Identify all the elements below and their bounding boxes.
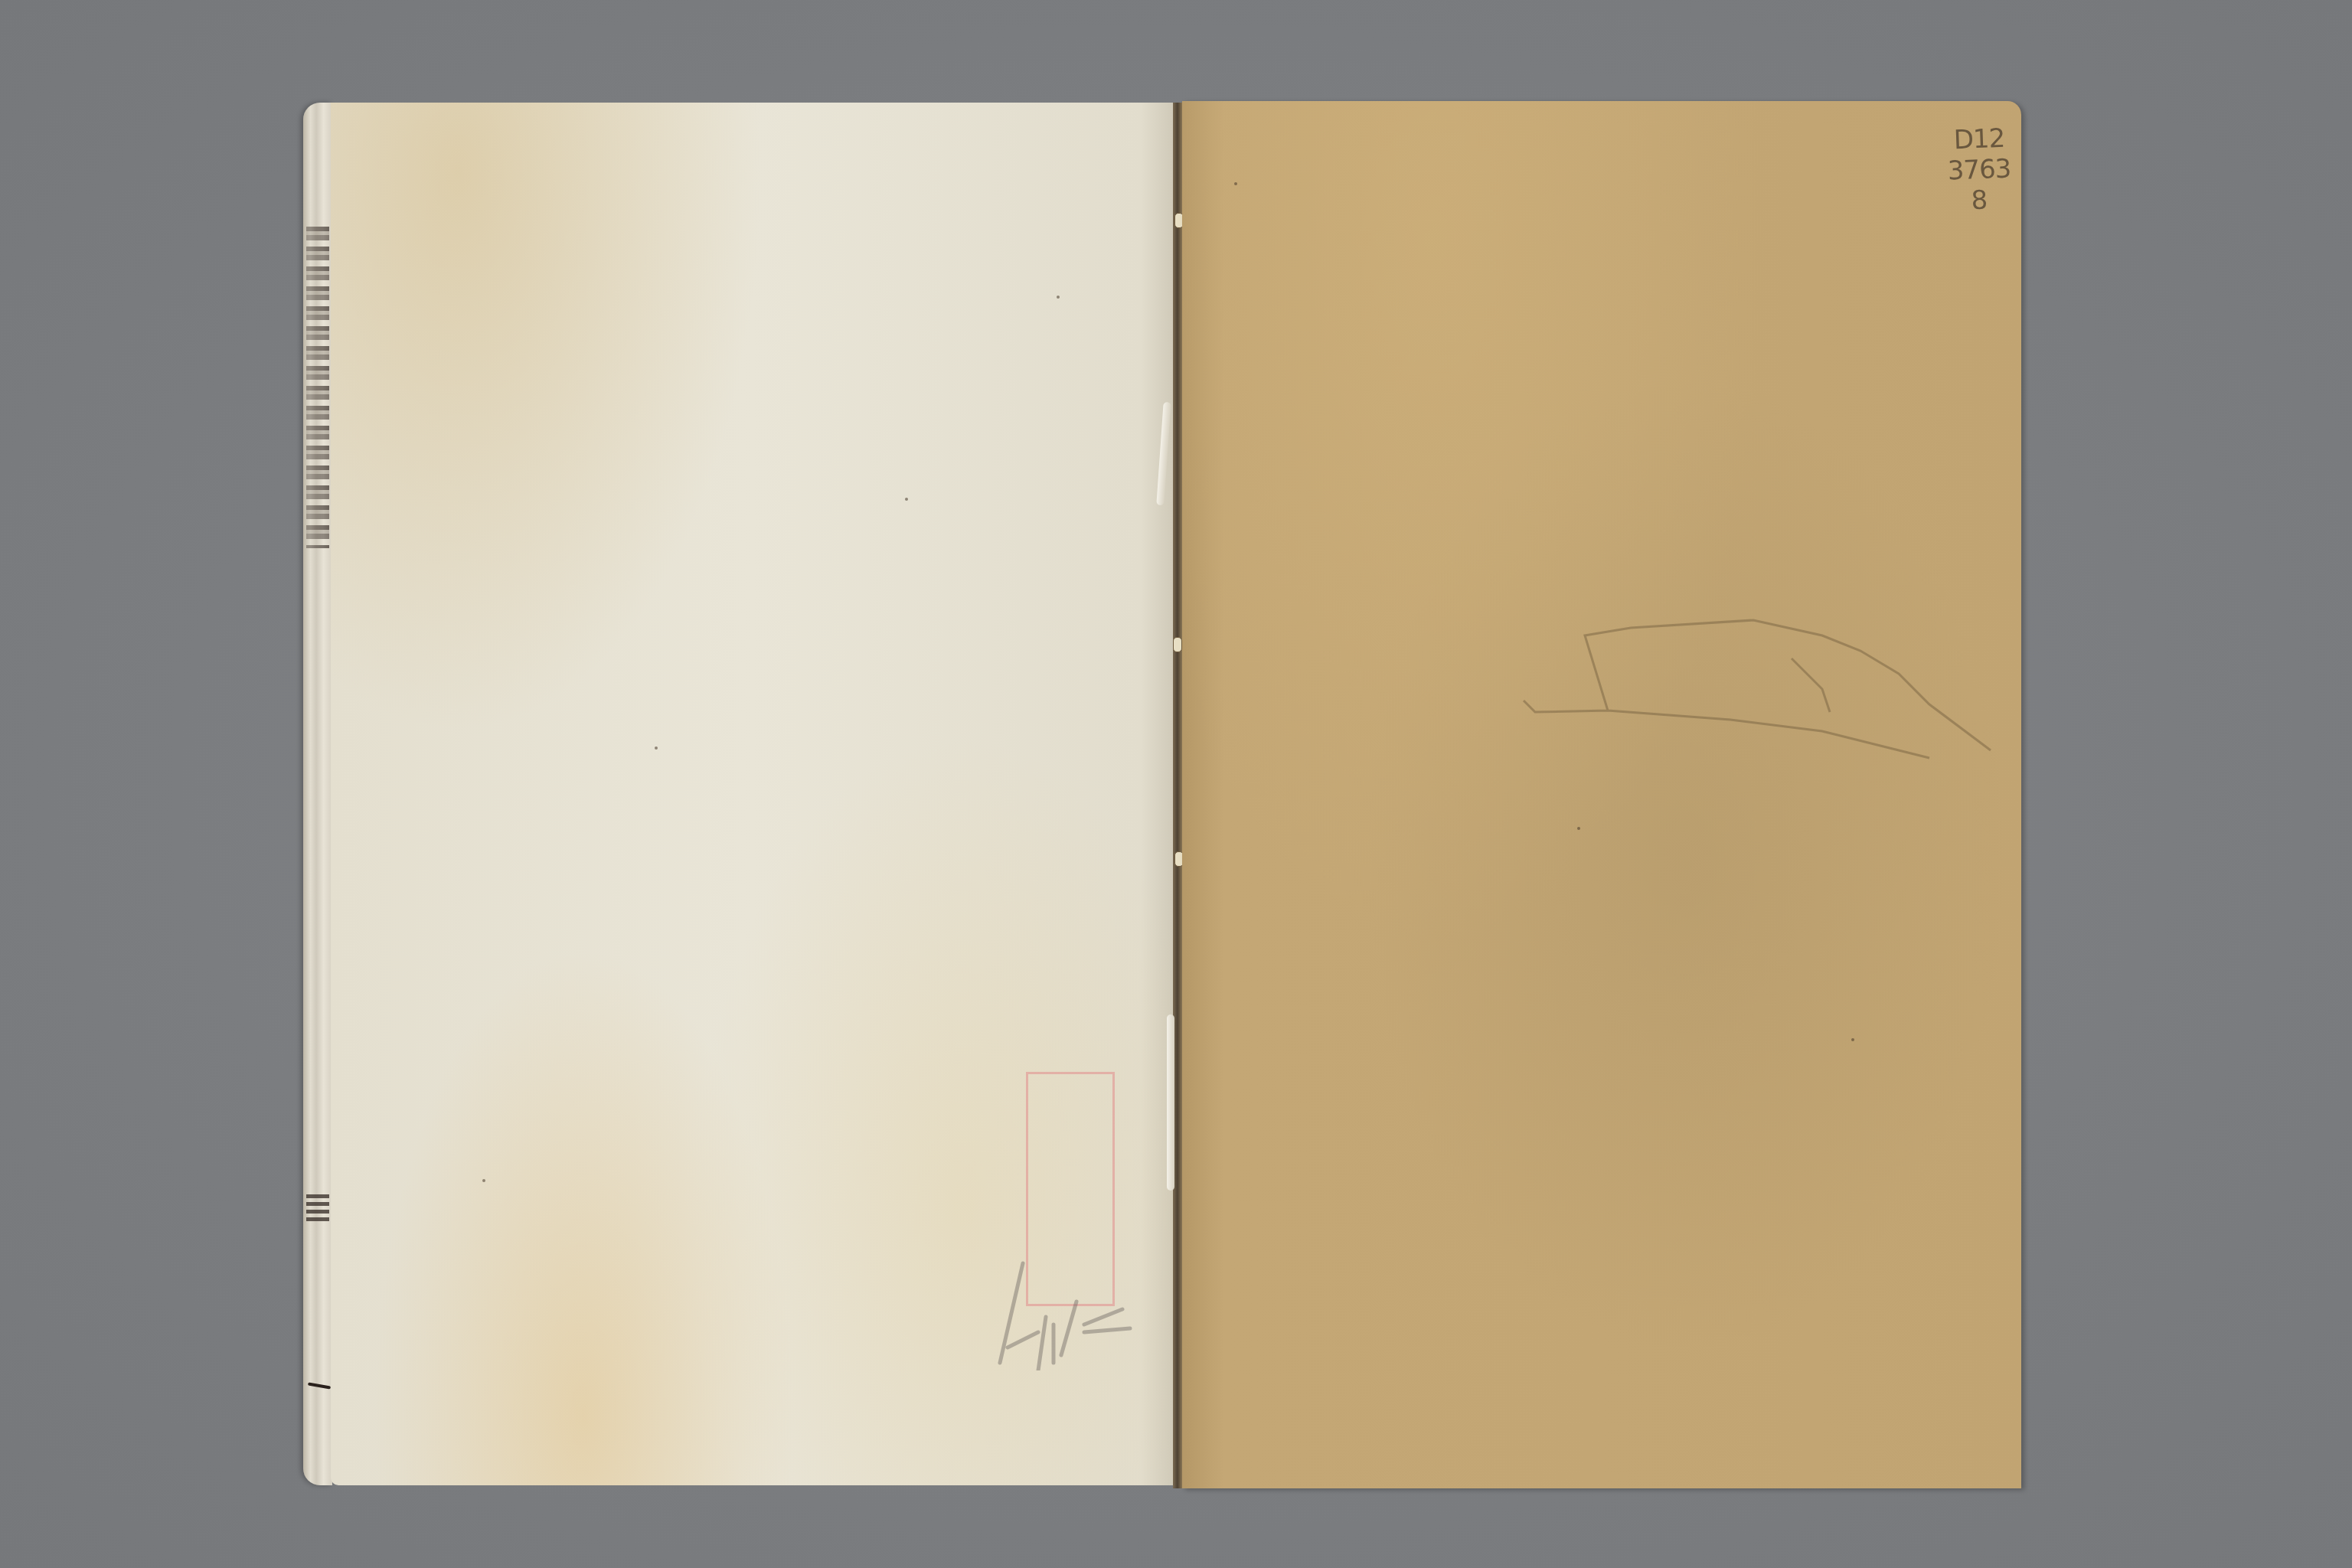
- paper-speck: [482, 1179, 485, 1182]
- call-number-label: D12 3763 8: [1945, 124, 2014, 216]
- right-page-cover: [1182, 101, 2021, 1488]
- paper-speck: [1577, 827, 1580, 830]
- spine-gutter: [1173, 103, 1182, 1488]
- call-number-line1: D12: [1944, 122, 2014, 155]
- paper-speck: [1234, 182, 1237, 185]
- paper-speck: [1851, 1038, 1854, 1041]
- binding-thread-bottom: [1167, 1014, 1174, 1191]
- paper-speck: [655, 746, 658, 750]
- paper-speck: [905, 498, 908, 501]
- pencil-scribble: [992, 1256, 1138, 1370]
- paper-speck: [1057, 296, 1060, 299]
- call-number-line3: 8: [1944, 184, 2014, 217]
- stitch-knot: [1173, 637, 1182, 652]
- fore-edge-ink-marks-bottom: [306, 1194, 329, 1225]
- call-number-line2: 3763: [1944, 153, 2014, 186]
- open-book: D12 3763 8: [0, 0, 2352, 1568]
- pencil-landscape-sketch: [1501, 605, 2021, 773]
- fore-edge-ink-marks: [306, 227, 329, 548]
